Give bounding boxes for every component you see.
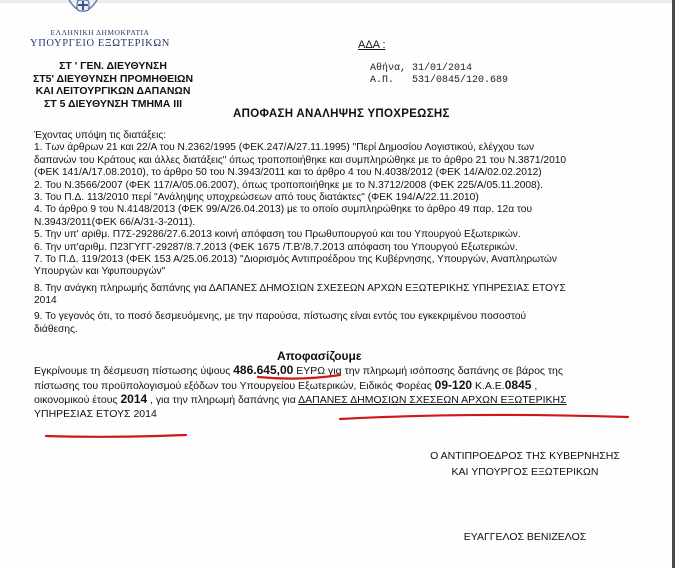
amount-value: 486.645,00	[233, 363, 293, 377]
provision-line: Υπουργών και Υφυπουργών"	[34, 266, 674, 278]
ministry-label: ΥΠΟΥΡΓΕΙΟ ΕΞΩΤΕΡΙΚΩΝ	[0, 38, 200, 49]
signatory-ministry: ΚΑΙ ΥΠΟΥΡΓΟΣ ΕΞΩΤΕΡΙΚΩΝ	[400, 466, 650, 478]
decision-line: οικονομικού έτους 2014 , για την πληρωμή…	[34, 393, 567, 408]
provision-line: 1. Των άρθρων 21 και 22/Α του Ν.2362/199…	[34, 142, 674, 154]
provision-line: 3. Του Π.Δ. 113/2010 περί "Ανάληψης υποχ…	[34, 192, 674, 204]
provision-line: (ΦΕΚ 141/Α/17.08.2010), το άρθρο 50 του …	[34, 167, 674, 179]
provision-line: 7. Το Π.Δ. 119/2013 (ΦΕΚ 153 Α/25.06.201…	[34, 254, 674, 266]
signatory-title: Ο ΑΝΤΙΠΡΟΕΔΡΟΣ ΤΗΣ ΚΥΒΕΡΝΗΣΗΣ	[400, 450, 650, 462]
top-edge	[0, 0, 672, 3]
provision-line: 4. Το άρθρο 9 του Ν.4148/2013 (ΦΕΚ 99/Α/…	[34, 204, 674, 216]
provision-line: 9. Το γεγονός ότι, το ποσό δεσμευόμενης,…	[34, 311, 674, 323]
intro-text: Έχοντας υπόψη τις διατάξεις:	[34, 130, 674, 142]
decision-line: πίστωσης του προϋπολογισμού εξόδων του Υ…	[34, 379, 567, 394]
provision-line: διάθεσης.	[34, 324, 674, 336]
protocol-number: Α.Π. 531/0845/120.689	[370, 75, 508, 86]
department-block: ΣΤ ' ΓΕΝ. ΔΙΕΥΘΥΝΣΗ ΣΤ5' ΔΙΕΥΘΥΝΣΗ ΠΡΟΜΗ…	[0, 60, 226, 110]
date-line: Αθήνα, 31/01/2014	[370, 63, 472, 74]
document-title: ΑΠΟΦΑΣΗ ΑΝΑΛΗΨΗΣ ΥΠΟΧΡΕΩΣΗΣ	[233, 108, 450, 120]
expense-category: ΔΑΠΑΝΕΣ ΔΗΜΟΣΙΩΝ ΣΧΕΣΕΩΝ ΑΡΧΩΝ ΕΞΩΤΕΡΙΚΗ…	[298, 394, 567, 406]
decision-line: ΥΠΗΡΕΣΙΑΣ ΕΤΟΥΣ 2014	[34, 408, 567, 422]
department-line: ΣΤ 5 ΔΙΕΥΘΥΝΣΗ ΤΜΗΜΑ ΙΙΙ	[0, 98, 226, 111]
provision-line: 5. Την υπ' αριθμ. Π7Σ-29286/27.6.2013 κο…	[34, 229, 674, 241]
ada-label: ΑΔΑ :	[358, 39, 386, 51]
department-line: ΣΤ ' ΓΕΝ. ΔΙΕΥΘΥΝΣΗ	[0, 60, 226, 73]
agency-code: 09-120	[435, 378, 472, 392]
provision-line: δαπανών του Κράτους και άλλες διατάξεις"…	[34, 155, 674, 167]
document-page: ΕΛΛΗΝΙΚΗ ΔΗΜΟΚΡΑΤΙΑ ΥΠΟΥΡΓΕΙΟ ΕΞΩΤΕΡΙΚΩΝ…	[0, 0, 672, 568]
decision-heading: Αποφασίζουμε	[277, 349, 362, 363]
coat-of-arms-icon	[66, 0, 100, 17]
decision-text: Εγκρίνουμε τη δέσμευση πίστωσης ύψους 48…	[34, 364, 567, 421]
republic-label: ΕΛΛΗΝΙΚΗ ΔΗΜΟΚΡΑΤΙΑ	[0, 28, 200, 37]
department-line: ΣΤ5' ΔΙΕΥΘΥΝΣΗ ΠΡΟΜΗΘΕΙΩΝ	[0, 73, 226, 86]
provision-line: 2. Του Ν.3566/2007 (ΦΕΚ 117/Α/05.06.2007…	[34, 180, 674, 192]
provision-line: 8. Την ανάγκη πληρωμής δαπάνης για ΔΑΠΑΝ…	[34, 283, 674, 295]
decision-line: Εγκρίνουμε τη δέσμευση πίστωσης ύψους 48…	[34, 364, 567, 379]
fiscal-year: 2014	[120, 392, 147, 406]
window-border	[672, 0, 675, 568]
provisions-block: Έχοντας υπόψη τις διατάξεις: 1. Των άρθρ…	[34, 130, 674, 336]
department-line: ΚΑΙ ΛΕΙΤΟΥΡΓΙΚΩΝ ΔΑΠΑΝΩΝ	[0, 85, 226, 98]
kae-code: 0845	[505, 378, 532, 392]
currency-label: ΕΥΡΩ	[293, 365, 325, 377]
provision-line: Ν.3943/2011(ΦΕΚ 66/Α/31-3-2011).	[34, 217, 674, 229]
signatory-name: ΕΥΑΓΓΕΛΟΣ ΒΕΝΙΖΕΛΟΣ	[400, 531, 650, 543]
provision-line: 6. Την υπ'αριθμ. Π23ΓΥΓΓ-29287/8.7.2013 …	[34, 242, 674, 254]
provision-line: 2014	[34, 295, 674, 307]
